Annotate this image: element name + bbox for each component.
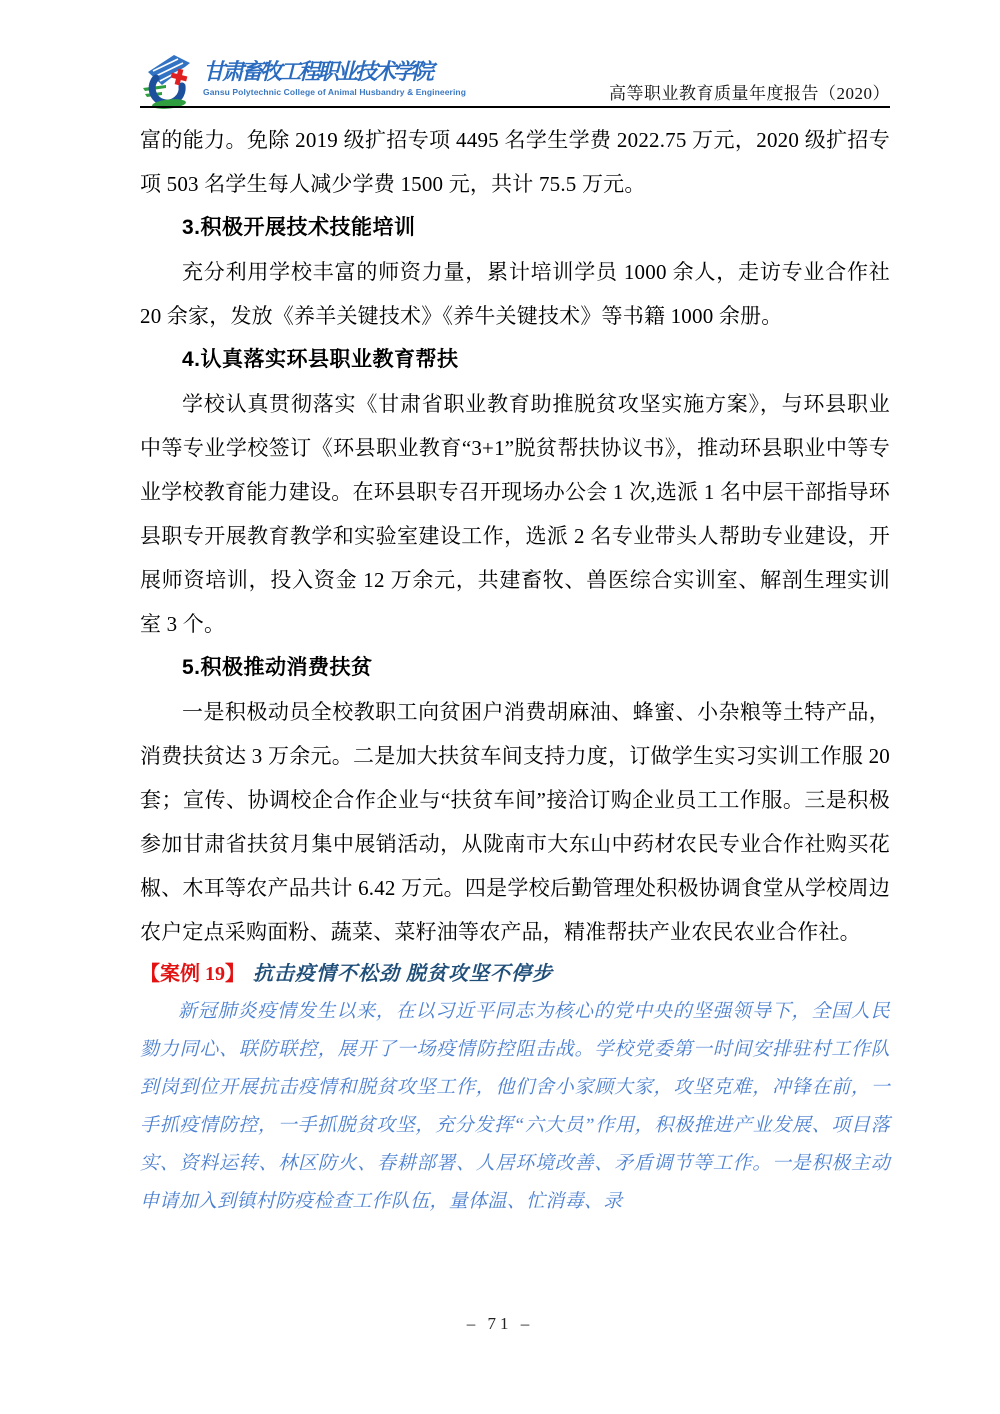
case-study-title-line: 【案例 19】抗击疫情不松劲 脱贫攻坚不停步 [140,957,890,991]
case-study-body: 新冠肺炎疫情发生以来，在以习近平同志为核心的党中央的坚强领导下，全国人民勠力同心… [140,993,890,1221]
page-number: – 71 – [0,1314,1000,1334]
school-logo-icon [142,52,198,110]
school-logo-text: 甘肃畜牧工程职业技术学院 Gansu Polytechnic College o… [203,52,466,97]
school-logo: 甘肃畜牧工程职业技术学院 Gansu Polytechnic College o… [142,52,466,110]
paragraph-tuition-waiver: 富的能力。免除 2019 级扩招专项 4495 名学生学费 2022.75 万元… [140,118,890,206]
header-rule [140,106,890,108]
page-header: 甘肃畜牧工程职业技术学院 Gansu Polytechnic College o… [140,50,890,108]
case-study-heading: 抗击疫情不松劲 脱贫攻坚不停步 [253,963,553,985]
paragraph-skill-training: 充分利用学校丰富的师资力量，累计培训学员 1000 余人，走访专业合作社 20 … [140,250,890,338]
document-body: 富的能力。免除 2019 级扩招专项 4495 名学生学费 2022.75 万元… [140,118,890,1221]
school-name-english: Gansu Polytechnic College of Animal Husb… [203,87,466,97]
paragraph-consumption-poverty-relief: 一是积极动员全校教职工向贫困户消费胡麻油、蜂蜜、小杂粮等土特产品，消费扶贫达 3… [140,690,890,954]
section-heading-skill-training: 3.积极开展技术技能培训 [140,206,890,250]
school-name-chinese: 甘肃畜牧工程职业技术学院 [203,60,466,84]
section-heading-consumption-poverty-relief: 5.积极推动消费扶贫 [140,646,890,690]
paragraph-huanxian-support: 学校认真贯彻落实《甘肃省职业教育助推脱贫攻坚实施方案》，与环县职业中等专业学校签… [140,382,890,646]
report-title: 高等职业教育质量年度报告（2020） [609,79,890,104]
case-study-label: 【案例 19】 [140,963,245,985]
document-page: 甘肃畜牧工程职业技术学院 Gansu Polytechnic College o… [0,0,1000,1414]
section-heading-huanxian-support: 4.认真落实环县职业教育帮扶 [140,338,890,382]
